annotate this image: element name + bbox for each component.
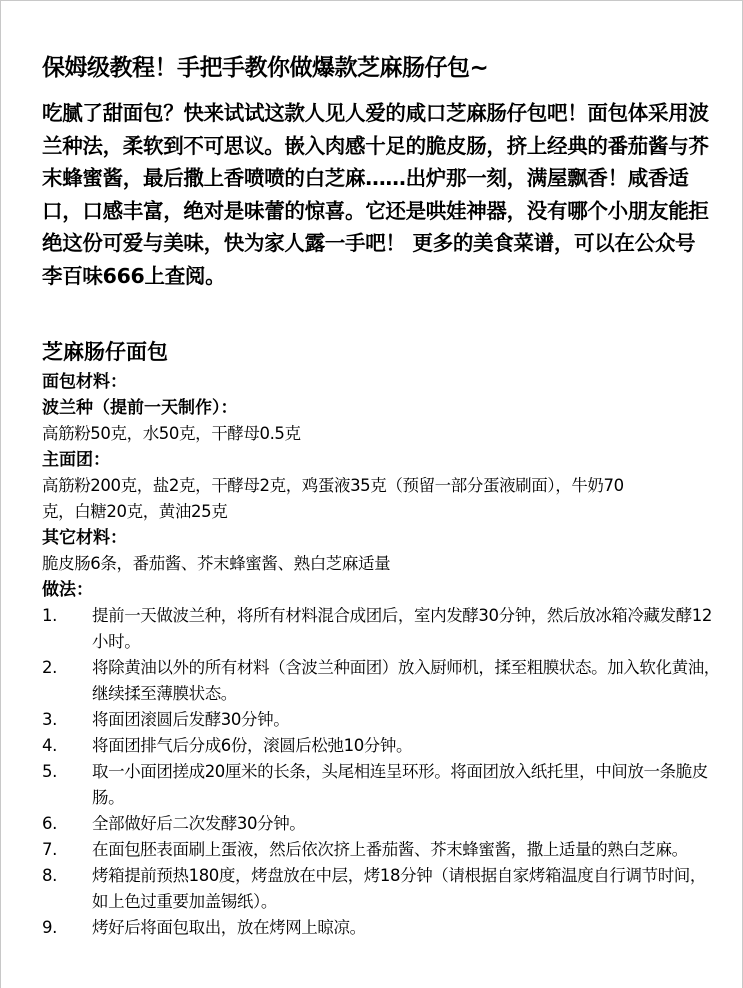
step-number: 7. xyxy=(42,837,92,863)
poolish-ingredients: 高筋粉50克，水50克，干酵母0.5克 xyxy=(42,421,722,447)
step-text: 全部做好后二次发酵30分钟。 xyxy=(92,811,722,837)
step-number: 6. xyxy=(42,811,92,837)
step-text: 提前一天做波兰种，将所有材料混合成团后，室内发酵30分钟，然后放冰箱冷藏发酵12… xyxy=(92,603,722,655)
step-text: 取一小面团搓成20厘米的长条，头尾相连呈环形。将面团放入纸托里，中间放一条脆皮肠… xyxy=(92,759,722,811)
step-item: 8. 烤箱提前预热180度，烤盘放在中层，烤18分钟（请根据自家烤箱温度自行调节… xyxy=(42,863,722,915)
poolish-heading: 波兰种（提前一天制作）： xyxy=(42,395,722,421)
method-heading: 做法： xyxy=(42,577,722,603)
other-ingredients-heading: 其它材料： xyxy=(42,525,722,551)
step-text: 烤好后将面包取出，放在烤网上晾凉。 xyxy=(92,915,722,941)
step-item: 4. 将面团排气后分成6份，滚圆后松弛10分钟。 xyxy=(42,733,722,759)
step-number: 8. xyxy=(42,863,92,915)
step-text: 在面包胚表面刷上蛋液，然后依次挤上番茄酱、芥末蜂蜜酱，撒上适量的熟白芝麻。 xyxy=(92,837,722,863)
ingredients-heading: 面包材料： xyxy=(42,369,722,395)
step-item: 5. 取一小面团搓成20厘米的长条，头尾相连呈环形。将面团放入纸托里，中间放一条… xyxy=(42,759,722,811)
step-number: 3. xyxy=(42,707,92,733)
step-text: 将面团排气后分成6份，滚圆后松弛10分钟。 xyxy=(92,733,722,759)
recipe-section: 芝麻肠仔面包 面包材料： 波兰种（提前一天制作）： 高筋粉50克，水50克，干酵… xyxy=(42,335,722,941)
step-text: 烤箱提前预热180度，烤盘放在中层，烤18分钟（请根据自家烤箱温度自行调节时间，… xyxy=(92,863,722,915)
step-item: 6. 全部做好后二次发酵30分钟。 xyxy=(42,811,722,837)
step-number: 2. xyxy=(42,655,92,707)
step-item: 2. 将除黄油以外的所有材料（含波兰种面团）放入厨师机，揉至粗膜状态。加入软化黄… xyxy=(42,655,722,707)
step-item: 1. 提前一天做波兰种，将所有材料混合成团后，室内发酵30分钟，然后放冰箱冷藏发… xyxy=(42,603,722,655)
step-item: 9. 烤好后将面包取出，放在烤网上晾凉。 xyxy=(42,915,722,941)
step-text: 将面团滚圆后发酵30分钟。 xyxy=(92,707,722,733)
step-number: 9. xyxy=(42,915,92,941)
main-dough-heading: 主面团： xyxy=(42,447,722,473)
step-text: 将除黄油以外的所有材料（含波兰种面团）放入厨师机，揉至粗膜状态。加入软化黄油，继… xyxy=(92,655,722,707)
recipe-title: 芝麻肠仔面包 xyxy=(42,335,722,369)
intro-paragraph: 吃腻了甜面包？快来试试这款人见人爱的咸口芝麻肠仔包吧！面包体采用波兰种法，柔软到… xyxy=(42,97,712,292)
document-page: 保姆级教程！手把手教你做爆款芝麻肠仔包~ 吃腻了甜面包？快来试试这款人见人爱的咸… xyxy=(0,0,743,988)
step-number: 1. xyxy=(42,603,92,655)
step-item: 3. 将面团滚圆后发酵30分钟。 xyxy=(42,707,722,733)
method-steps: 1. 提前一天做波兰种，将所有材料混合成团后，室内发酵30分钟，然后放冰箱冷藏发… xyxy=(42,603,722,941)
step-number: 4. xyxy=(42,733,92,759)
document-title: 保姆级教程！手把手教你做爆款芝麻肠仔包~ xyxy=(42,48,488,88)
main-dough-ingredients: 高筋粉200克，盐2克，干酵母2克，鸡蛋液35克（预留一部分蛋液刷面），牛奶70… xyxy=(42,473,652,525)
step-number: 5. xyxy=(42,759,92,811)
step-item: 7. 在面包胚表面刷上蛋液，然后依次挤上番茄酱、芥末蜂蜜酱，撒上适量的熟白芝麻。 xyxy=(42,837,722,863)
other-ingredients: 脆皮肠6条，番茄酱、芥末蜂蜜酱、熟白芝麻适量 xyxy=(42,551,722,577)
